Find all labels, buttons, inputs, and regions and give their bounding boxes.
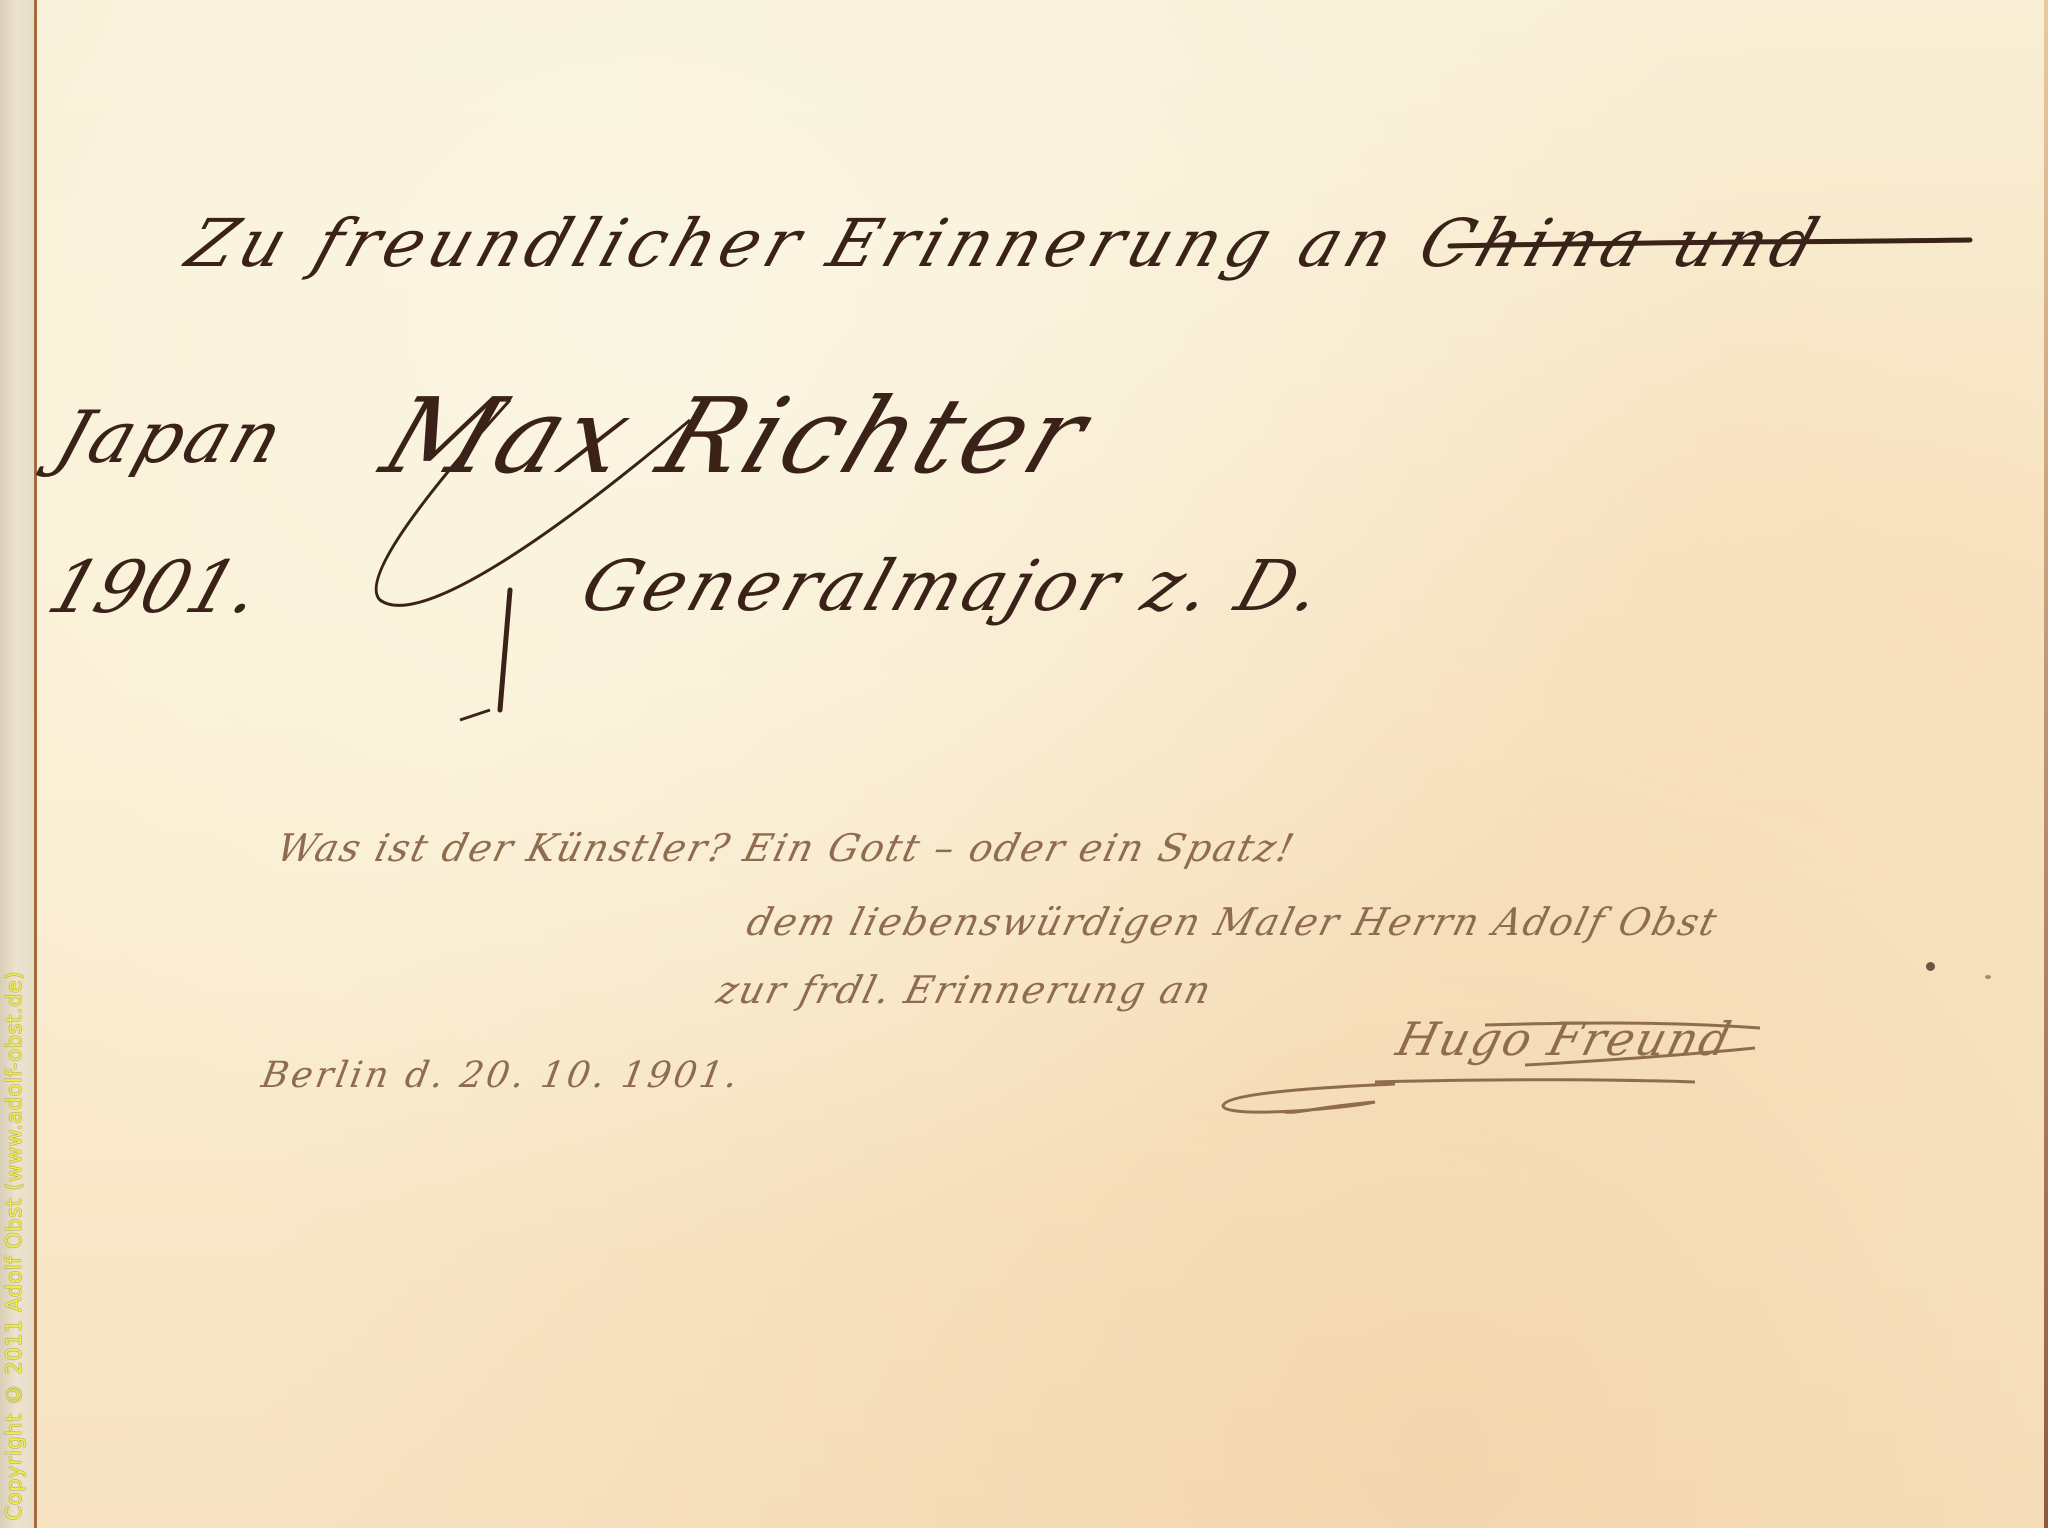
entry2-place-date: Berlin d. 20. 10. 1901. xyxy=(258,1055,743,1096)
book-spine-line xyxy=(34,0,37,1528)
entry2-dedication-line1: dem liebenswürdigen Maler Herrn Adolf Ob… xyxy=(743,900,1724,944)
ink-spot xyxy=(1926,962,1935,971)
entry1-end-stroke xyxy=(1440,230,1980,270)
entry1-signature-flourish xyxy=(360,380,920,740)
entry2-dedication-line2: zur frdl. Erinnerung an xyxy=(713,968,1218,1012)
entry2-signature-underline xyxy=(1215,1010,1775,1120)
entry1-dedication-line2: Japan xyxy=(46,395,295,479)
page-right-edge xyxy=(2044,0,2048,1528)
entry2-quote: Was ist der Künstler? Ein Gott – oder ei… xyxy=(273,826,1301,870)
entry1-year: 1901. xyxy=(38,545,271,629)
ink-spot xyxy=(1985,975,1991,979)
copyright-watermark: Copyright © 2011 Adolf Obst (www.adolf-o… xyxy=(2,971,26,1520)
